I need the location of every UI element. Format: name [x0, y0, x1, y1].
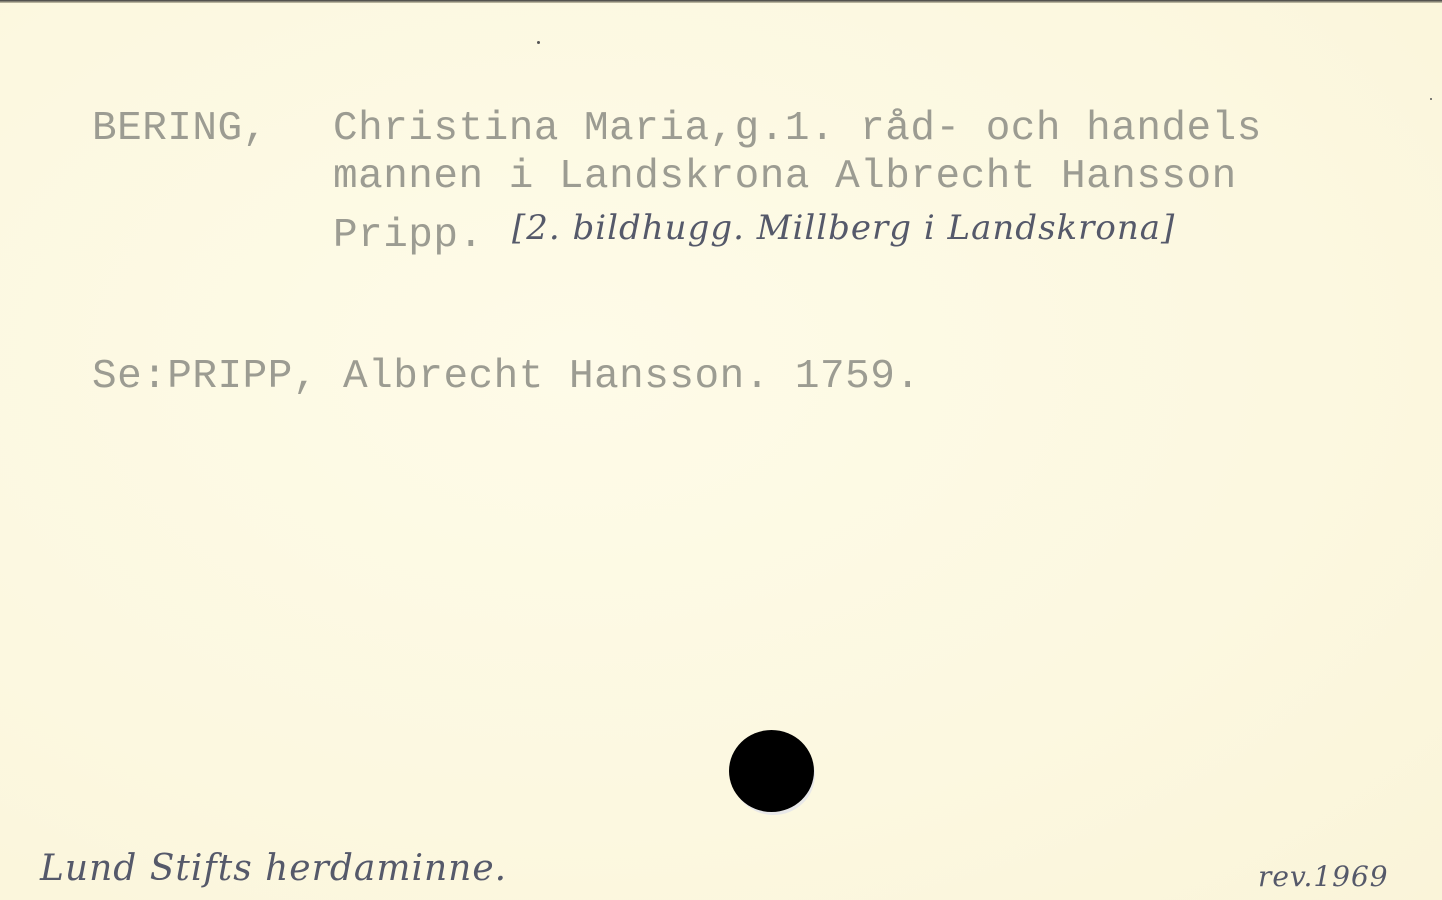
heading-line-3-handwritten: [2. bildhugg. Millberg i Landskrona] [512, 211, 1175, 245]
heading-line-3-typed: Pripp. [333, 216, 484, 257]
heading-line-1: Christina Maria,g.1. råd- och handels [333, 109, 1262, 150]
revision-note: rev.1969 [1258, 863, 1389, 891]
dust-speck [1430, 98, 1432, 100]
punch-hole [729, 730, 814, 812]
source-note: Lund Stifts herdaminne. [40, 851, 507, 887]
heading-surname: BERING, [92, 109, 268, 150]
archive-index-card: BERING, Christina Maria,g.1. råd- och ha… [0, 3, 1442, 900]
cross-reference: Se:PRIPP, Albrecht Hansson. 1759. [92, 357, 920, 398]
dust-speck [537, 41, 540, 44]
heading-line-2: mannen i Landskrona Albrecht Hansson [333, 157, 1237, 198]
